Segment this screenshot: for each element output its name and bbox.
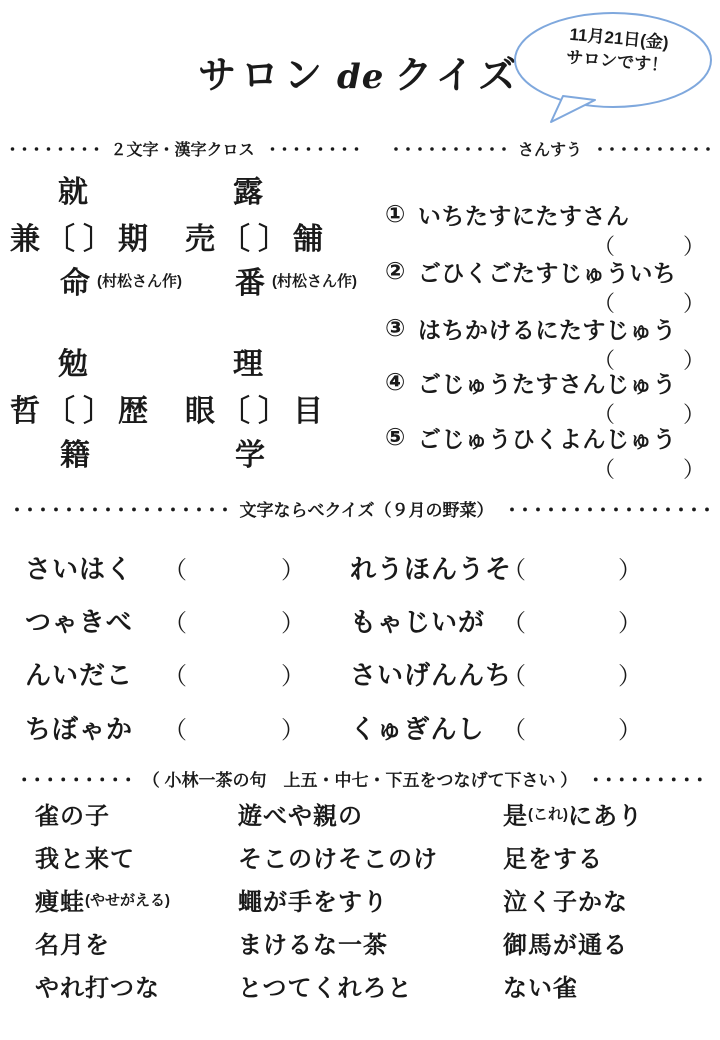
cross-middle-row: 売 〔 〕 舗 [185, 214, 360, 258]
answer-blank: （） [163, 710, 305, 745]
section-label: 文字ならべクイズ（９月の野菜） [240, 496, 494, 521]
scramble-row: もゃじいが （） [350, 602, 485, 632]
scrambled-word: つゃきべ [25, 607, 133, 637]
cross-right-kanji: 歴 [118, 386, 148, 430]
kanji-cross-3: 勉 哲 〔 〕 歴 籍 [10, 344, 185, 474]
cross-left-kanji: 兼 [10, 214, 40, 258]
section-header-kanji-cross: ・・・・・・・・ ２文字・漢字クロス ・・・・・・・・ [5, 137, 360, 160]
cross-top-kanji: 就 [10, 172, 185, 214]
fragment-text: 雀の子 [35, 796, 110, 831]
bracket-open: 〔 [220, 386, 250, 430]
cross-left-kanji: 売 [185, 214, 215, 258]
math-question-text: ごひくごたすじゅういち [418, 255, 677, 288]
circled-number: ⑤ [385, 423, 406, 452]
paren-open: （ [163, 603, 187, 638]
author-credit: (村松さん作) [272, 270, 357, 291]
cross-middle-row: 哲 〔 〕 歴 [10, 386, 185, 430]
paren-close: ） [618, 603, 642, 638]
cross-bottom-row: 命 (村松さん作) [10, 258, 185, 302]
math-question-3: ③ はちかけるにたすじゅう [385, 312, 676, 345]
paren-open: （ [163, 710, 187, 745]
scramble-row: んいだこ （） [25, 655, 133, 685]
paren-open: （ [163, 656, 187, 691]
scrambled-word: さいはく [25, 554, 133, 584]
section-header-issa-haiku: ・・・・・・・・・ （ 小林一茶の句 上五・中七・下五をつなげて下さい ） ・・… [0, 766, 720, 791]
answer-blank: （） [502, 656, 642, 691]
cross-right-kanji: 舗 [293, 214, 323, 258]
circled-number: ① [385, 200, 406, 229]
paren-close: ） [683, 230, 705, 261]
scrambled-word: さいげんんち [350, 660, 512, 690]
scrambled-word: もゃじいが [350, 607, 485, 637]
cross-bottom-row: 番 (村松さん作) [185, 258, 360, 302]
answer-blank: （） [163, 656, 305, 691]
reading-note: (やせがえる) [85, 889, 170, 910]
fragment-text: 泣く子かな [503, 882, 628, 917]
paren-close: ） [618, 710, 642, 745]
cross-bottom-kanji: 番 [235, 258, 265, 302]
kanji-cross-1: 就 兼 〔 〕 期 命 (村松さん作) [10, 172, 185, 302]
cross-bottom-kanji: 命 [60, 258, 90, 302]
paren-open: （ [502, 603, 526, 638]
haiku-fragment: 痩蛙(やせがえる) [35, 878, 170, 921]
scramble-row: れうほんうそ （） [350, 549, 512, 579]
paren-close: ） [683, 453, 705, 484]
answer-blank: （） [163, 550, 305, 585]
section-label: さんすう [518, 137, 582, 160]
haiku-fragment: 足をする [503, 835, 643, 878]
circled-number: ④ [385, 368, 406, 397]
dots-left: ・・・・・・・・・・・・・・・・・ [9, 496, 230, 521]
paren-close: ） [281, 710, 305, 745]
fragment-text: 痩蛙 [35, 882, 85, 917]
dots-left: ・・・・・・・・ [4, 137, 100, 160]
answer-blank: （） [502, 603, 642, 638]
cross-right-kanji: 期 [118, 214, 148, 258]
kanji-cross-4: 理 眼 〔 〕 目 学 [185, 344, 360, 474]
section-header-sansuu: ・・・・・・・・・・ さんすう ・・・・・・・・・・ [385, 137, 715, 160]
math-question-text: ごじゅうひくよんじゅう [418, 421, 677, 454]
scrambled-word: ちぼゃか [25, 714, 133, 744]
haiku-column-middle: 遊べや親の そこのけそこのけ 蠅が手をすり まけるな一茶 とつてくれろと [238, 792, 438, 1007]
haiku-fragment: とつてくれろと [238, 964, 438, 1007]
answer-blank: （） [163, 603, 305, 638]
scramble-row: つゃきべ （） [25, 602, 133, 632]
cross-bottom-row: 学 [185, 430, 360, 474]
paren-close: ） [618, 656, 642, 691]
fragment-text: 蠅が手をすり [238, 882, 388, 917]
fragment-tail: にあり [568, 796, 643, 831]
circled-number: ③ [385, 314, 406, 343]
paren-open: （ [502, 656, 526, 691]
title-pre: サロン [198, 44, 327, 99]
fragment-text: とつてくれろと [238, 968, 413, 1003]
bracket-open: 〔 [220, 214, 250, 258]
bracket-open: 〔 [45, 214, 75, 258]
haiku-fragment: そこのけそこのけ [238, 835, 438, 878]
paren-open: （ [502, 710, 526, 745]
section-label: （ 小林一茶の句 上五・中七・下五をつなげて下さい ） [143, 766, 577, 791]
scrambled-word: れうほんうそ [350, 554, 512, 584]
paren-close: ） [281, 550, 305, 585]
scrambled-word: んいだこ [25, 660, 133, 690]
fragment-text: ない雀 [503, 968, 578, 1003]
bracket-close: 〕 [83, 386, 113, 430]
page-title: サロンdeクイズ [198, 44, 521, 99]
scrambled-word: くゅぎんし [350, 714, 484, 744]
haiku-fragment: まけるな一茶 [238, 921, 438, 964]
cross-top-kanji: 勉 [10, 344, 185, 386]
haiku-fragment: ない雀 [503, 964, 643, 1007]
kanji-cross-2: 露 売 〔 〕 舗 番 (村松さん作) [185, 172, 360, 302]
fragment-text: 名月を [35, 925, 110, 960]
title-post: クイズ [394, 44, 521, 99]
paren-open: （ [502, 550, 526, 585]
fragment-text: やれ打つな [35, 968, 160, 1003]
answer-blank: （） [502, 710, 642, 745]
math-question-4: ④ ごじゅうたすさんじゅう [385, 366, 676, 399]
haiku-fragment: 是(これ)にあり [503, 792, 643, 835]
haiku-fragment: 蠅が手をすり [238, 878, 438, 921]
quiz-worksheet-page: サロンdeクイズ 11月21日(金) サロンです！ ・・・・・・・・ ２文字・漢… [0, 0, 720, 1040]
paren-open: （ [163, 550, 187, 585]
math-question-2: ② ごひくごたすじゅういち [385, 255, 676, 288]
cross-bottom-kanji: 学 [235, 430, 265, 474]
haiku-column-last: 是(これ)にあり 足をする 泣く子かな 御馬が通る ない雀 [503, 792, 643, 1007]
fragment-text: 是 [503, 796, 528, 831]
paren-open: （ [593, 453, 615, 484]
title-de: de [337, 57, 384, 97]
haiku-column-first: 雀の子 我と来て 痩蛙(やせがえる) 名月を やれ打つな [35, 792, 170, 1007]
fragment-text: 遊べや親の [238, 796, 363, 831]
scramble-row: ちぼゃか （） [25, 709, 133, 739]
cross-left-kanji: 眼 [185, 386, 215, 430]
dots-left: ・・・・・・・・・ [16, 766, 133, 791]
cross-bottom-kanji: 籍 [60, 430, 90, 474]
haiku-fragment: 御馬が通る [503, 921, 643, 964]
haiku-fragment: 雀の子 [35, 792, 170, 835]
dots-right: ・・・・・・・・・・・・・・・・ [503, 496, 711, 521]
cross-top-kanji: 露 [185, 172, 360, 214]
fragment-text: 足をする [503, 839, 603, 874]
bracket-open: 〔 [45, 386, 75, 430]
paren-close: ） [683, 344, 705, 375]
haiku-fragment: 遊べや親の [238, 792, 438, 835]
fragment-text: 我と来て [35, 839, 135, 874]
scramble-row: さいはく （） [25, 549, 133, 579]
paren-close: ） [281, 603, 305, 638]
bracket-close: 〕 [83, 214, 113, 258]
dots-right: ・・・・・・・・・ [587, 766, 704, 791]
cross-bottom-row: 籍 [10, 430, 185, 474]
section-header-word-scramble: ・・・・・・・・・・・・・・・・・ 文字ならべクイズ（９月の野菜） ・・・・・・… [0, 496, 720, 521]
fragment-text: まけるな一茶 [238, 925, 388, 960]
paren-close: ） [683, 287, 705, 318]
paren-close: ） [618, 550, 642, 585]
cross-top-kanji: 理 [185, 344, 360, 386]
fragment-text: そこのけそこのけ [238, 839, 438, 874]
cross-middle-row: 眼 〔 〕 目 [185, 386, 360, 430]
dots-left: ・・・・・・・・・・ [388, 137, 508, 160]
math-question-text: ごじゅうたすさんじゅう [418, 366, 677, 399]
haiku-fragment: 泣く子かな [503, 878, 643, 921]
paren-close: ） [683, 398, 705, 429]
circled-number: ② [385, 257, 406, 286]
haiku-fragment: やれ打つな [35, 964, 170, 1007]
paren-close: ） [281, 656, 305, 691]
bracket-close: 〕 [258, 214, 288, 258]
cross-middle-row: 兼 〔 〕 期 [10, 214, 185, 258]
cross-right-kanji: 目 [293, 386, 323, 430]
answer-blank: （ ） [593, 453, 705, 484]
answer-blank: （） [502, 550, 642, 585]
math-question-text: はちかけるにたすじゅう [418, 312, 677, 345]
fragment-text: 御馬が通る [503, 925, 628, 960]
haiku-fragment: 名月を [35, 921, 170, 964]
math-question-5: ⑤ ごじゅうひくよんじゅう [385, 421, 676, 454]
dots-right: ・・・・・・・・・・ [592, 137, 712, 160]
cross-left-kanji: 哲 [10, 386, 40, 430]
scramble-row: くゅぎんし （） [350, 709, 484, 739]
reading-note: (これ) [528, 803, 568, 824]
author-credit: (村松さん作) [97, 270, 182, 291]
math-question-1: ① いちたすにたすさん [385, 198, 629, 231]
section-label: ２文字・漢字クロス [111, 137, 255, 160]
math-question-text: いちたすにたすさん [418, 198, 630, 231]
bracket-close: 〕 [258, 386, 288, 430]
scramble-row: さいげんんち （） [350, 655, 512, 685]
haiku-fragment: 我と来て [35, 835, 170, 878]
dots-right: ・・・・・・・・ [265, 137, 361, 160]
arithmetic-quiz: ① いちたすにたすさん （ ） ② ごひくごたすじゅういち （ ） ③ はちかけ… [385, 185, 715, 477]
